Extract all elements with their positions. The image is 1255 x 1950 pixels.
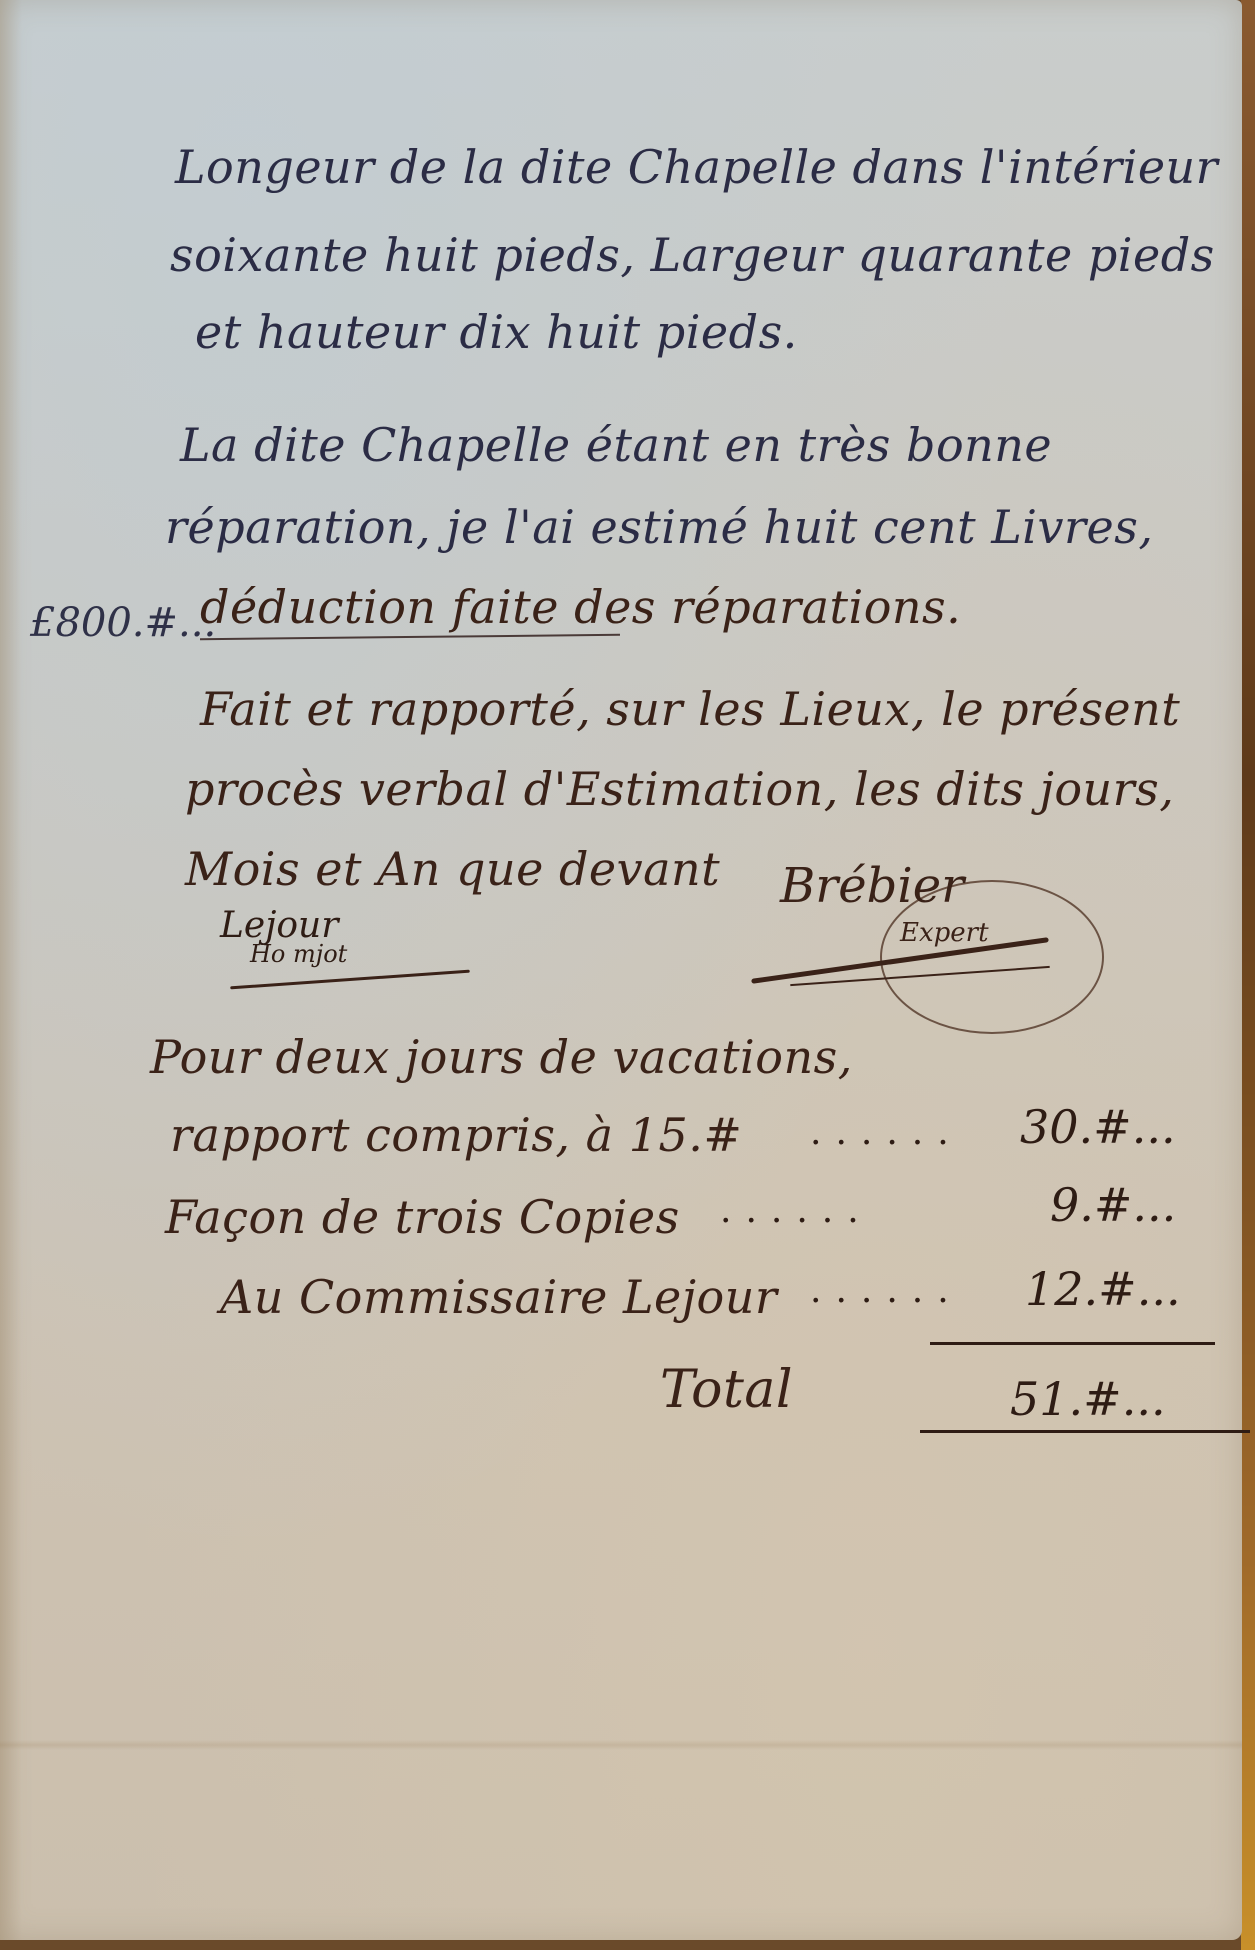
text-line-1: Longeur de la dite Chapelle dans l'intér… — [175, 140, 1218, 194]
text-line-7: Fait et rapporté, sur les Lieux, le prés… — [200, 682, 1180, 736]
total-amount: 51.#... — [1010, 1372, 1166, 1426]
page-left-edge — [0, 0, 22, 1940]
signature-brebier-title: Expert — [900, 918, 989, 948]
margin-amount: £800.#... — [30, 600, 216, 646]
fee-line-2: Façon de trois Copies — [165, 1190, 680, 1244]
signature-lejour-flourish — [230, 970, 470, 990]
manuscript-page: Longeur de la dite Chapelle dans l'intér… — [0, 0, 1242, 1940]
underline-stroke — [200, 634, 620, 640]
fee-line-3: Au Commissaire Lejour — [220, 1270, 777, 1324]
backing-board — [1241, 0, 1255, 1950]
text-line-9: Mois et An que devant — [185, 842, 720, 896]
fee-amount-1: 30.#... — [1020, 1100, 1176, 1154]
fee-amount-2: 9.#... — [1050, 1178, 1176, 1232]
leader-dots-2: ...... — [720, 1190, 873, 1231]
fee-amount-3: 12.#... — [1025, 1262, 1181, 1316]
signature-brebier: Brébier Expert — [780, 858, 964, 914]
text-line-8: procès verbal d'Estimation, les dits jou… — [185, 762, 1174, 816]
text-line-3: et hauteur dix huit pieds. — [195, 305, 798, 359]
text-line-5: réparation, je l'ai estimé huit cent Liv… — [165, 500, 1153, 554]
leader-dots-3: ...... — [810, 1270, 963, 1311]
text-line-4: La dite Chapelle étant en très bonne — [180, 418, 1052, 472]
fee-line-1a: Pour deux jours de vacations, — [150, 1030, 853, 1084]
text-line-6: déduction faite des réparations. — [200, 580, 961, 634]
signature-lejour: Lejour Ho mjot — [220, 905, 347, 968]
signature-lejour-sub: Ho mjot — [250, 940, 347, 968]
fee-line-1b: rapport compris, à 15.# — [170, 1108, 742, 1162]
signature-brebier-name: Brébier — [780, 858, 964, 914]
total-rule-bottom — [920, 1430, 1250, 1433]
leader-dots-1: ...... — [810, 1112, 963, 1153]
total-label: Total — [660, 1360, 793, 1420]
page-fold — [0, 1740, 1242, 1750]
total-rule-top — [930, 1342, 1215, 1345]
text-line-2: soixante huit pieds, Largeur quarante pi… — [170, 228, 1215, 282]
